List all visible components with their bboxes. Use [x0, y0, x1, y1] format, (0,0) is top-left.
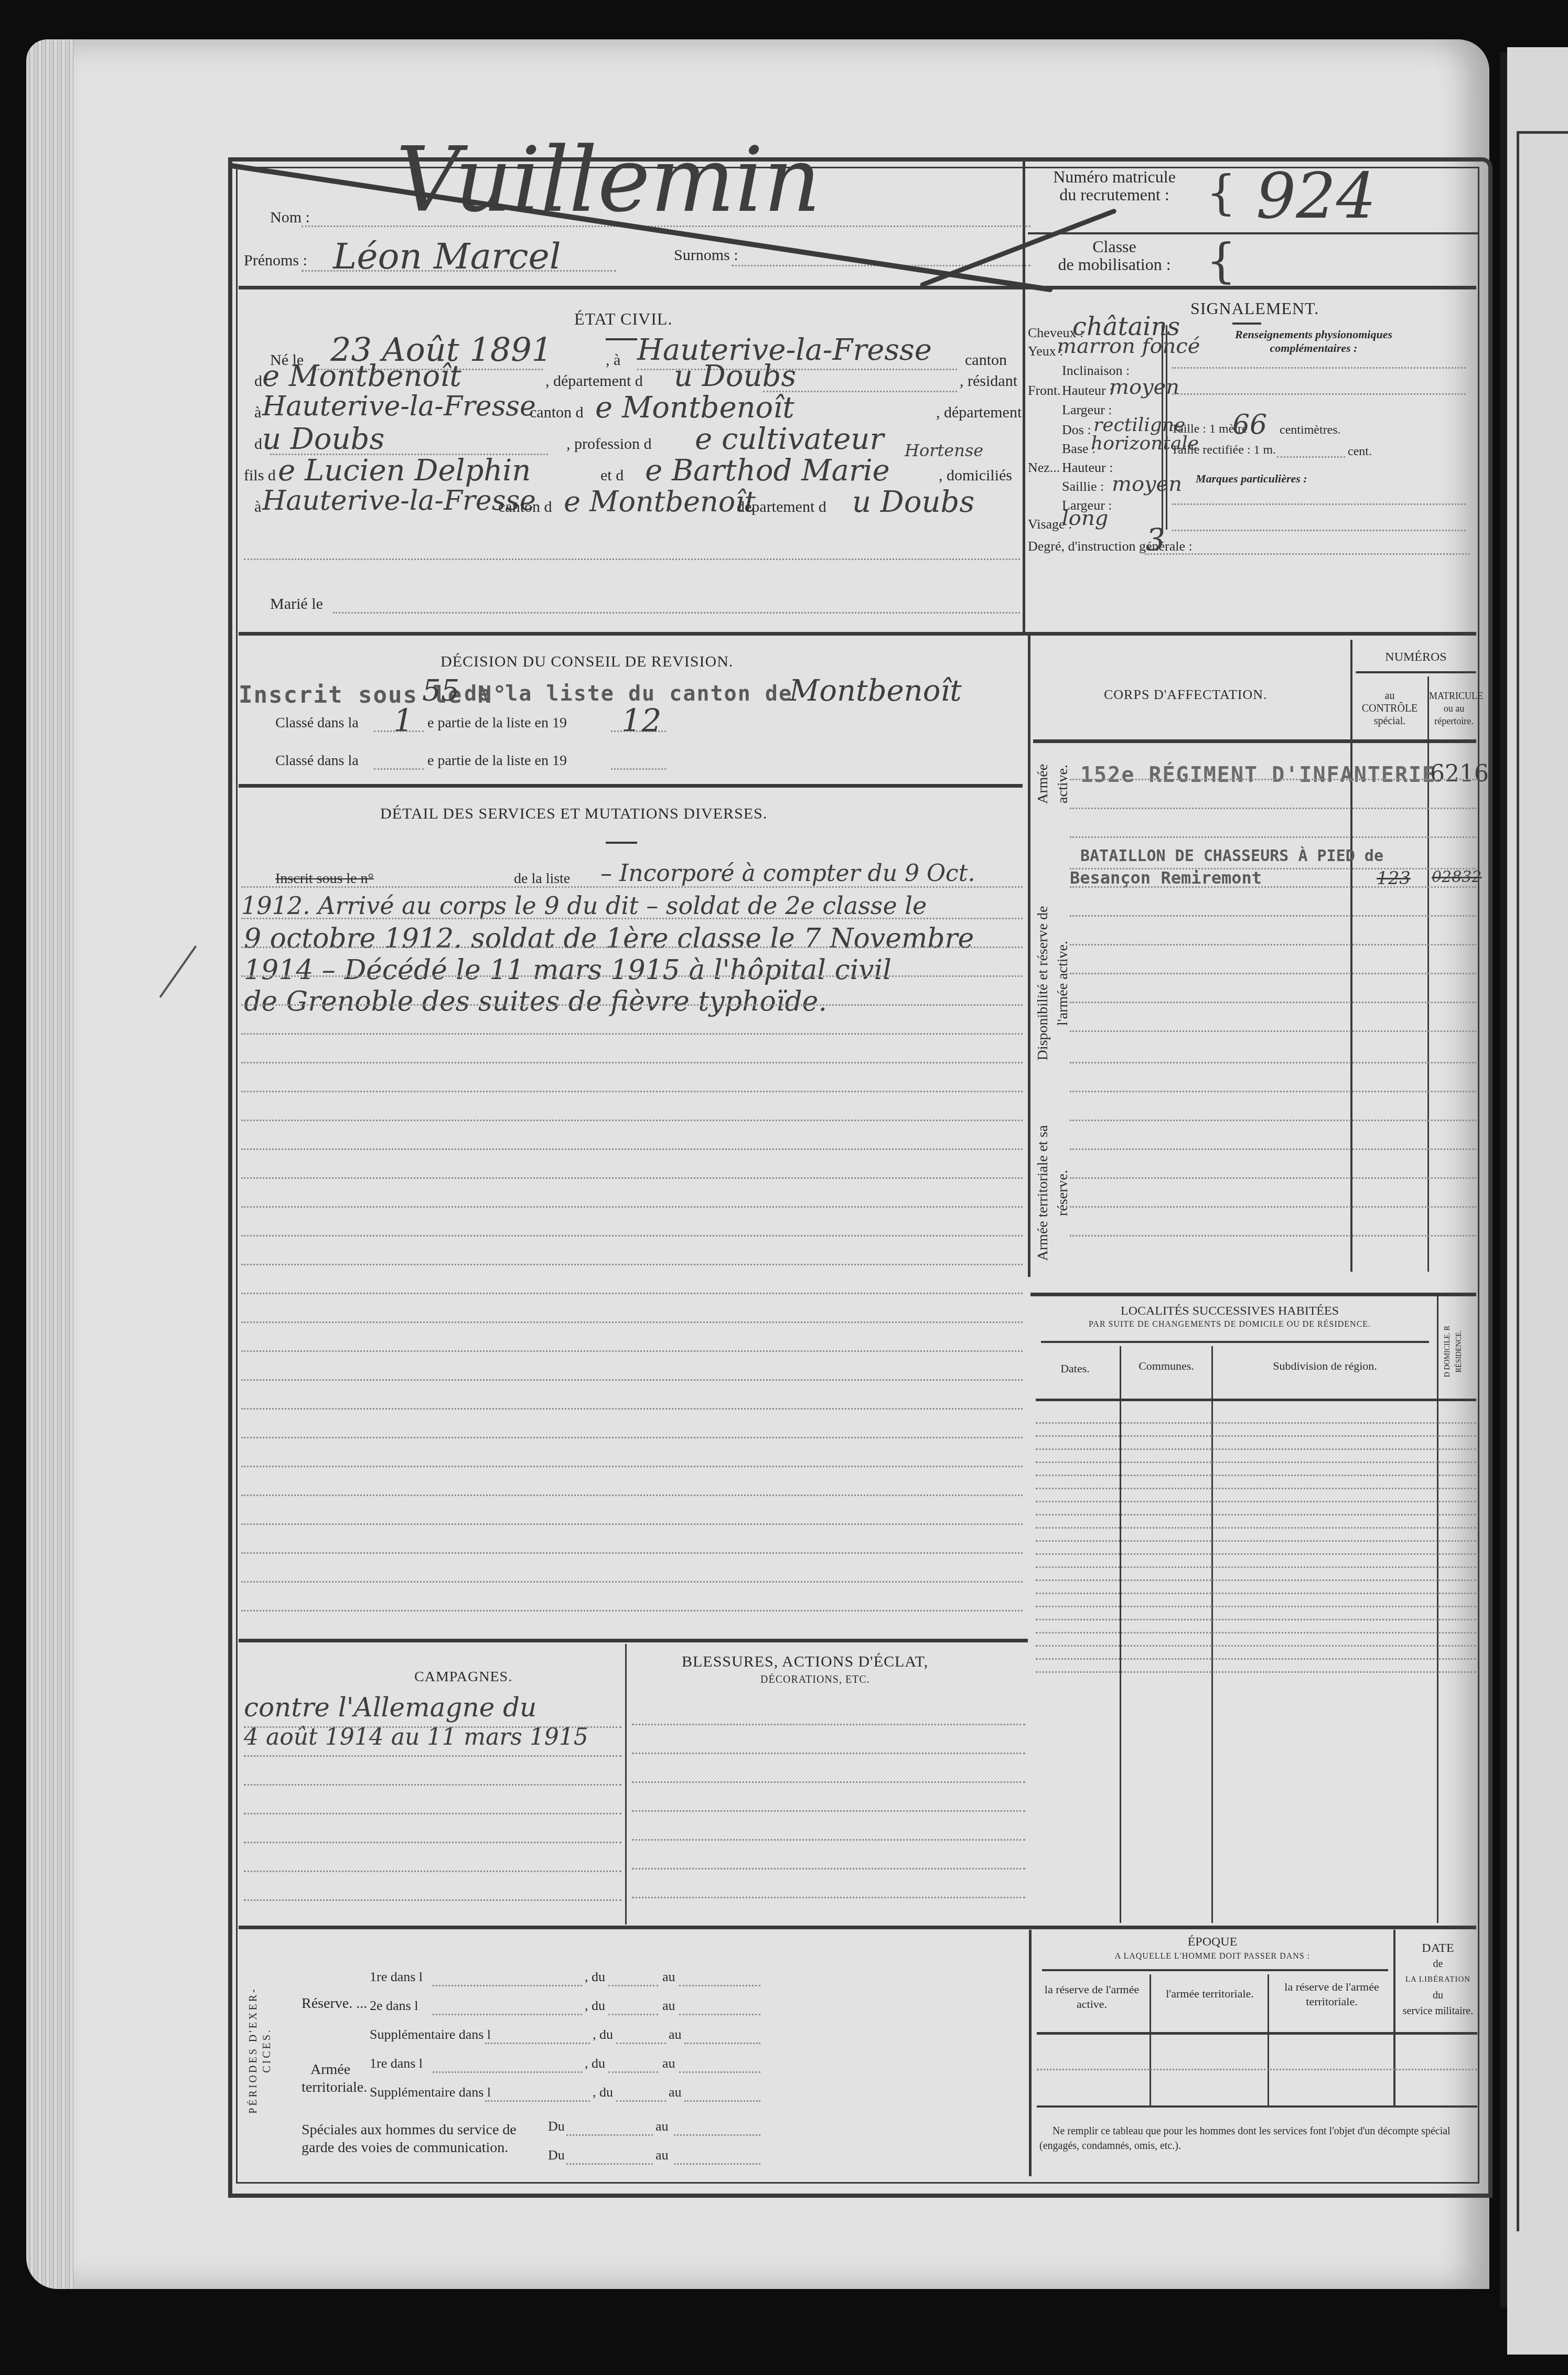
services-dotline: [241, 947, 1023, 948]
periodes-section: PÉRIODES D'EXER-CICES. Réserve. ... Armé…: [239, 1930, 1028, 2176]
blessures-dotline: [632, 1753, 1025, 1754]
speciales-label: Spéciales aux hommes du service de garde…: [302, 2121, 517, 2157]
services-line-4: 1914 – Décédé le 11 mars 1915 à l'hôpita…: [244, 954, 892, 986]
fils-label: fils d: [244, 467, 276, 485]
affectation-dotline: [1070, 1148, 1476, 1150]
inscrit-numero: 55: [422, 674, 459, 708]
domicilies-label: , domiciliés: [939, 467, 1012, 485]
classe-label: Classe de mobilisation :: [1033, 238, 1196, 273]
signalement-underline: [1232, 323, 1261, 325]
epoque-col1-header: la réserve de l'armée active.: [1037, 1982, 1147, 2012]
localites-dotline: [1036, 1658, 1476, 1660]
reserve-1re-dotline: [433, 1985, 582, 1986]
campagnes-dotline: [244, 1899, 621, 1901]
reserve-supp-au-dotline: [684, 2043, 760, 2044]
decision-section: DÉCISION DU CONSEIL DE REVISION. Inscrit…: [239, 637, 1023, 784]
affectation-dotline: [1070, 779, 1476, 780]
degre-dotline: [1145, 553, 1470, 555]
services-dotline: [241, 1293, 1023, 1294]
territoriale-1re-au: au: [662, 2056, 675, 2071]
etat-civil-bottom-rule: [239, 632, 1476, 636]
affectation-dotline: [1070, 944, 1476, 945]
campagnes-top-rule: [239, 1639, 1028, 1642]
localites-dotline: [1036, 1488, 1476, 1489]
services-dotline: [241, 1408, 1023, 1410]
taille-rectifiee-label: Taille rectifiée : 1 m.: [1171, 443, 1276, 457]
reserve-2e-au-dotline: [679, 2014, 760, 2015]
signalement-section: SIGNALEMENT. Cheveux : châtains Yeux : m…: [1025, 291, 1476, 632]
parents-residence: Hauterive-la-Fresse: [262, 485, 536, 517]
nez-label: Nez...: [1028, 460, 1060, 476]
front-label: Front.: [1028, 383, 1061, 399]
localites-dotline: [1036, 1422, 1476, 1424]
services-dotline: [241, 1552, 1023, 1554]
epoque-col2-header: l'armée territoriale.: [1155, 1985, 1265, 2003]
campagnes-dotline: [244, 1842, 621, 1843]
campagnes-section: CAMPAGNES. contre l'Allemagne du 4 août …: [239, 1642, 624, 1926]
inscrit-canton: Montbenoît: [789, 674, 962, 708]
reserve-supp-dotline: [485, 2043, 590, 2044]
affectation-header-rule: [1033, 739, 1476, 743]
blessures-subtitle: DÉCORATIONS, ETC.: [760, 1674, 870, 1686]
territoriale-supp-dotline: [485, 2100, 590, 2102]
marques-label: Marques particulières :: [1196, 472, 1307, 486]
affectation-dotline: [1070, 868, 1476, 869]
affectation-dotline: [1070, 1062, 1476, 1063]
col-domicile-residence-header: D DOMICILE. R RÉSIDENCE.: [1442, 1304, 1465, 1399]
affectation-entry-1-matricule: 6216: [1430, 760, 1489, 787]
marie-dotline: [333, 612, 1020, 614]
epoque-section: ÉPOQUE A LAQUELLE L'HOMME DOIT PASSER DA…: [1032, 1930, 1477, 2176]
decision-bottom-rule: [239, 784, 1023, 788]
affectation-entry-3-corps: Besançon Remiremont: [1070, 868, 1262, 888]
extra-dotline: [244, 558, 1020, 560]
surnoms-label: Surnoms :: [674, 246, 738, 264]
birth-a-label: , à: [606, 351, 620, 369]
services-dotline: [241, 1321, 1023, 1323]
classe1-mid: e partie de la liste en 19: [427, 715, 567, 732]
territoriale-1re-du-dotline: [608, 2071, 658, 2073]
affectation-dotline: [1070, 808, 1476, 809]
blessures-dotline: [632, 1781, 1025, 1783]
affectation-entry-2-corps: BATAILLON DE CHASSEURS À PIED de: [1080, 847, 1383, 865]
localites-dotline: [1036, 1579, 1476, 1581]
residence-canton: e Montbenoît: [595, 391, 794, 425]
signalement-title: SIGNALEMENT.: [1190, 299, 1319, 318]
father-name: e Lucien Delphin: [278, 454, 531, 488]
services-dotline: [241, 1177, 1023, 1179]
affectation-dotline: [1070, 886, 1476, 888]
departement-label: , département d: [545, 372, 643, 390]
campagnes-line-1: contre l'Allemagne du: [244, 1692, 536, 1723]
localites-brace-line: [1041, 1341, 1429, 1343]
canton-label: canton: [965, 351, 1007, 369]
controle-col-header: au CONTRÔLE spécial.: [1353, 690, 1426, 727]
reserve-supp-du: , du: [593, 2027, 613, 2043]
front-value: moyen: [1109, 375, 1179, 399]
parents-canton-label: canton d: [498, 498, 552, 516]
localites-dotline: [1036, 1448, 1476, 1450]
territoriale-supp-du: , du: [593, 2084, 613, 2100]
localites-section: LOCALITÉS SUCCESSIVES HABITÉES PAR SUITE…: [1030, 1296, 1476, 1926]
classe1-partie: 1: [393, 703, 413, 739]
services-inscrit-label: Inscrit sous le n°: [275, 871, 374, 887]
territoriale-supp-label: Supplémentaire dans l: [370, 2084, 491, 2100]
services-line-3: 9 octobre 1912. soldat de 1ère classe le…: [244, 923, 974, 954]
affectation-section: CORPS D'AFFECTATION. NUMÉROS au CONTRÔLE…: [1030, 637, 1476, 1272]
renseignements-dotline-2: [1172, 393, 1466, 395]
epoque-col-divider-2: [1268, 1974, 1269, 2105]
armee-territoriale-label: Armée territoriale.: [302, 2061, 359, 2097]
localites-dotline: [1036, 1566, 1476, 1568]
epoque-note-rule: [1037, 2105, 1477, 2108]
localites-dotline: [1036, 1461, 1476, 1463]
affectation-dotline: [1070, 1206, 1476, 1208]
territoriale-supp-au-dotline: [684, 2100, 760, 2102]
marie-label: Marié le: [270, 595, 323, 613]
campagnes-dotline: [244, 1813, 621, 1814]
affectation-dotline: [1070, 1002, 1476, 1003]
reserve-2e-au: au: [662, 1998, 675, 2014]
services-dotline: [241, 1523, 1023, 1525]
epoque-brace-line: [1042, 1969, 1388, 1971]
residant-label: , résidant: [960, 372, 1017, 390]
affectation-entry-3-controle: 123: [1377, 868, 1411, 889]
localites-dotline: [1036, 1619, 1476, 1620]
services-dotline: [241, 1495, 1023, 1496]
localites-dotline: [1036, 1475, 1476, 1476]
date-liberation-header: DATE de LA LIBÉRATION du service militai…: [1399, 1940, 1477, 2019]
reserve-2e-label: 2e dans l: [370, 1998, 418, 2014]
classe2-mid: e partie de la liste en 19: [427, 753, 567, 769]
localites-col-divider-1: [1120, 1346, 1121, 1923]
affectation-dotline: [1070, 1235, 1476, 1237]
localites-dotline: [1036, 1527, 1476, 1529]
localites-dotline: [1036, 1645, 1476, 1647]
matricule-box: Numéro matricule du recrutement : { 924 …: [1025, 165, 1476, 286]
services-title-underline: [606, 842, 637, 844]
reserve-supp-du-dotline: [616, 2043, 666, 2044]
epoque-date-divider: [1393, 1930, 1395, 2105]
blessures-dotline: [632, 1724, 1025, 1725]
localites-dotline: [1036, 1553, 1476, 1555]
numeros-brace-line: [1356, 671, 1476, 673]
campagnes-dotline: [244, 1726, 621, 1728]
speciales-au-1-dotline: [674, 2134, 760, 2136]
matricule-classe-divider: [1028, 232, 1479, 234]
services-dotline: [241, 1610, 1023, 1611]
etat-civil-title-underline: [606, 338, 637, 340]
reserve-2e-du-dotline: [608, 2014, 658, 2015]
blessures-dotline: [632, 1839, 1025, 1841]
degre-value: 3: [1146, 522, 1165, 557]
prenoms-label: Prénoms :: [244, 252, 307, 270]
classe2-annee-dotline: [611, 768, 666, 770]
localites-dotline: [1036, 1501, 1476, 1502]
territoriale-1re-au-dotline: [679, 2071, 760, 2073]
localites-header-rule: [1036, 1399, 1476, 1401]
blessures-section: BLESSURES, ACTIONS D'ÉCLAT, DÉCORATIONS,…: [627, 1642, 1028, 1926]
matricule-col-header: MATRICULE ou au répertoire.: [1429, 690, 1479, 727]
services-dotline: [241, 1004, 1023, 1006]
centimetres-label: centimètres.: [1280, 423, 1341, 437]
corps-affectation-title: CORPS D'AFFECTATION.: [1104, 687, 1268, 703]
speciales-au-2: au: [656, 2147, 669, 2163]
localites-dotline: [1036, 1435, 1476, 1437]
speciales-du-1-dotline: [566, 2134, 653, 2136]
cent-label: cent.: [1348, 445, 1372, 459]
territoriale-1re-du: , du: [585, 2056, 605, 2071]
services-dotline: [241, 1120, 1023, 1121]
etat-civil-title: ÉTAT CIVIL.: [574, 309, 672, 329]
nom-label: Nom :: [270, 209, 310, 227]
localites-top-rule: [1030, 1293, 1476, 1296]
armee-active-label: Armée active.: [1033, 747, 1073, 821]
affectation-entry-1-corps: 152e RÉGIMENT D'INFANTERIE: [1080, 763, 1436, 787]
et-de-label: et d: [600, 467, 624, 485]
d-label: d: [254, 435, 262, 453]
reserve-1re-label: 1re dans l: [370, 1969, 423, 1985]
etat-civil-section: ÉTAT CIVIL. Né le 23 Août 1891 , à Haute…: [239, 291, 1023, 632]
affectation-dotline: [1070, 1177, 1476, 1179]
marques-dotline-2: [1172, 530, 1466, 531]
nez-hauteur-label: Hauteur :: [1062, 460, 1113, 476]
affectation-dotline: [1070, 1091, 1476, 1092]
parents-a-label: à: [254, 498, 261, 516]
territoriale-1re-label: 1re dans l: [370, 2056, 423, 2071]
localites-dotline: [1036, 1540, 1476, 1542]
services-dotline: [241, 1350, 1023, 1352]
classe2-partie-dotline: [374, 768, 424, 770]
territoriale-1re-dotline: [433, 2071, 582, 2073]
reserve-1re-au: au: [662, 1969, 675, 1985]
parents-departement-label: département d: [737, 498, 826, 516]
profession-label: , profession d: [566, 435, 651, 453]
services-de-la-liste-label: de la liste: [514, 871, 570, 887]
periodes-side-label: PÉRIODES D'EXER-CICES.: [246, 1966, 274, 2134]
classe1-annee: 12: [621, 703, 661, 739]
reserve-1re-du-dotline: [608, 1985, 658, 1986]
localites-dotline: [1036, 1632, 1476, 1634]
localites-dotline: [1036, 1514, 1476, 1516]
blessures-dotline: [632, 1897, 1025, 1898]
services-line-5: de Grenoble des suites de fièvre typhoïd…: [244, 986, 827, 1017]
residence-departement-label: , département: [936, 404, 1022, 422]
residence: Hauterive-la-Fresse: [262, 391, 536, 422]
epoque-dotline: [1037, 2069, 1477, 2070]
book-gutter: [1500, 52, 1507, 2307]
services-dotline: [241, 1206, 1023, 1208]
localites-dotline: [1036, 1593, 1476, 1594]
services-section: DÉTAIL DES SERVICES ET MUTATIONS DIVERSE…: [239, 789, 1025, 1636]
affectation-entry-3-matricule: 02832: [1432, 868, 1481, 886]
affectation-dotline: [1070, 915, 1476, 917]
parents-departement: u Doubs: [852, 485, 974, 519]
residence-canton-label: canton d: [530, 404, 583, 422]
facing-page: [1507, 47, 1568, 2355]
degre-label: Degré, d'instruction générale :: [1028, 539, 1193, 554]
speciales-du-2-label: Du: [548, 2147, 565, 2163]
mother-name: e Barthod Marie: [645, 454, 890, 488]
campagnes-title: CAMPAGNES.: [414, 1669, 512, 1685]
services-dotline: [241, 1235, 1023, 1237]
affectation-dotline: [1070, 1030, 1476, 1032]
birth-departement: u Doubs: [674, 359, 796, 393]
mother-name-extra: Hortense: [905, 440, 983, 460]
services-dotline: [241, 1062, 1023, 1063]
speciales-du-1-label: Du: [548, 2119, 565, 2134]
services-dotline: [241, 1264, 1023, 1265]
birth-canton: e Montbenoît: [262, 359, 461, 393]
blessures-dotline: [632, 1810, 1025, 1812]
matricule-brace: {: [1206, 165, 1236, 220]
epoque-title: ÉPOQUE: [1032, 1935, 1393, 1949]
matricule-value: 924: [1256, 160, 1376, 233]
saillie-label: Saillie :: [1062, 479, 1104, 495]
speciales-au-2-dotline: [674, 2163, 760, 2165]
localites-dotline: [1036, 1606, 1476, 1607]
speciales-au-1: au: [656, 2119, 669, 2134]
localites-col-divider-3: [1437, 1296, 1438, 1923]
services-dotline: [241, 1091, 1023, 1092]
col-communes-header: Communes.: [1121, 1359, 1211, 1373]
profession: e cultivateur: [695, 422, 884, 456]
epoque-subtitle: A LAQUELLE L'HOMME DOIT PASSER DANS :: [1032, 1952, 1393, 1961]
services-title: DÉTAIL DES SERVICES ET MUTATIONS DIVERSE…: [380, 805, 767, 823]
epoque-note: Ne remplir ce tableau que pour les homme…: [1039, 2124, 1475, 2153]
classe-brace: {: [1206, 233, 1236, 288]
services-dotline: [241, 1437, 1023, 1438]
services-dotline: [241, 1148, 1023, 1150]
reserve-2e-du: , du: [585, 1998, 605, 2014]
blessures-dotline: [632, 1868, 1025, 1869]
localites-col-divider-2: [1211, 1346, 1213, 1923]
periodes-top-rule: [239, 1926, 1476, 1929]
territoriale-supp-au: au: [669, 2084, 682, 2100]
services-dotline: [241, 886, 1023, 888]
blessures-title: BLESSURES, ACTIONS D'ÉCLAT,: [682, 1653, 928, 1671]
reserve-supp-au: au: [669, 2027, 682, 2043]
services-dotline: [241, 975, 1023, 977]
disponibilite-label: Disponibilité et réserve de l'armée acti…: [1033, 884, 1073, 1083]
epoque-header-rule: [1037, 2032, 1477, 2035]
taille-rectifiee-dotline: [1277, 456, 1345, 458]
residence-a-label: à: [254, 404, 261, 422]
reserve-1re-du: , du: [585, 1969, 605, 1985]
services-line-2: 1912. Arrivé au corps le 9 du dit – sold…: [241, 891, 927, 920]
dos-label: Dos :: [1062, 422, 1091, 438]
campagnes-dotline: [244, 1755, 621, 1757]
territoriale-supp-du-dotline: [616, 2100, 666, 2102]
col-subdivision-header: Subdivision de région.: [1213, 1359, 1437, 1373]
affectation-dotline: [1070, 1120, 1476, 1121]
reserve-supp-label: Supplémentaire dans l: [370, 2027, 491, 2043]
classe2-label: Classé dans la: [275, 753, 359, 769]
prenoms-value: Léon Marcel: [333, 236, 561, 277]
affectation-dotline: [1070, 973, 1476, 974]
header-bottom-rule: [239, 286, 1476, 289]
campagnes-dotline: [244, 1871, 621, 1872]
epoque-col3-header: la réserve de l'armée territoriale.: [1270, 1980, 1393, 2009]
services-dotline: [241, 1466, 1023, 1467]
speciales-du-2-dotline: [566, 2163, 653, 2165]
classe1-label: Classé dans la: [275, 715, 359, 732]
services-line-1: – Incorporé à compter du 9 Oct.: [600, 860, 975, 887]
renseignements-label: Renseignements physionomiques complément…: [1177, 328, 1450, 355]
parents-canton: e Montbenoît: [564, 485, 756, 518]
services-dotline: [241, 918, 1023, 919]
col-dates-header: Dates.: [1030, 1362, 1120, 1375]
reserve-2e-dotline: [433, 2014, 582, 2015]
de-label: d: [254, 372, 262, 390]
services-dotline: [241, 1581, 1023, 1583]
reserve-1re-au-dotline: [679, 1985, 760, 1986]
nez-value: moyen: [1112, 472, 1182, 496]
decision-title: DÉCISION DU CONSEIL DE REVISION.: [441, 653, 733, 671]
localites-title: LOCALITÉS SUCCESSIVES HABITÉES: [1030, 1304, 1429, 1318]
taille-value: 66: [1232, 409, 1267, 440]
territoriale-label: Armée territoriale et sa réserve.: [1033, 1114, 1073, 1272]
services-dotline: [241, 1379, 1023, 1381]
services-dotline: [241, 1033, 1023, 1035]
nom-value: Vuillemin: [396, 128, 821, 232]
affectation-dotline: [1070, 836, 1476, 838]
localites-dotline: [1036, 1671, 1476, 1673]
campagnes-dotline: [244, 1784, 621, 1786]
residence-departement: u Doubs: [262, 422, 384, 456]
visage-value: long: [1062, 506, 1108, 530]
reserve-label: Réserve. ...: [302, 1995, 367, 2012]
renseignements-dotline-1: [1172, 367, 1466, 369]
matricule-label: Numéro matricule du recrutement :: [1033, 168, 1196, 203]
marques-dotline-1: [1172, 503, 1466, 505]
front-hauteur-label: Hauteur :: [1062, 383, 1113, 399]
numeros-title: NUMÉROS: [1353, 650, 1479, 664]
epoque-col-divider-1: [1150, 1974, 1151, 2105]
localites-subtitle: PAR SUITE DE CHANGEMENTS DE DOMICILE OU …: [1030, 1320, 1429, 1329]
